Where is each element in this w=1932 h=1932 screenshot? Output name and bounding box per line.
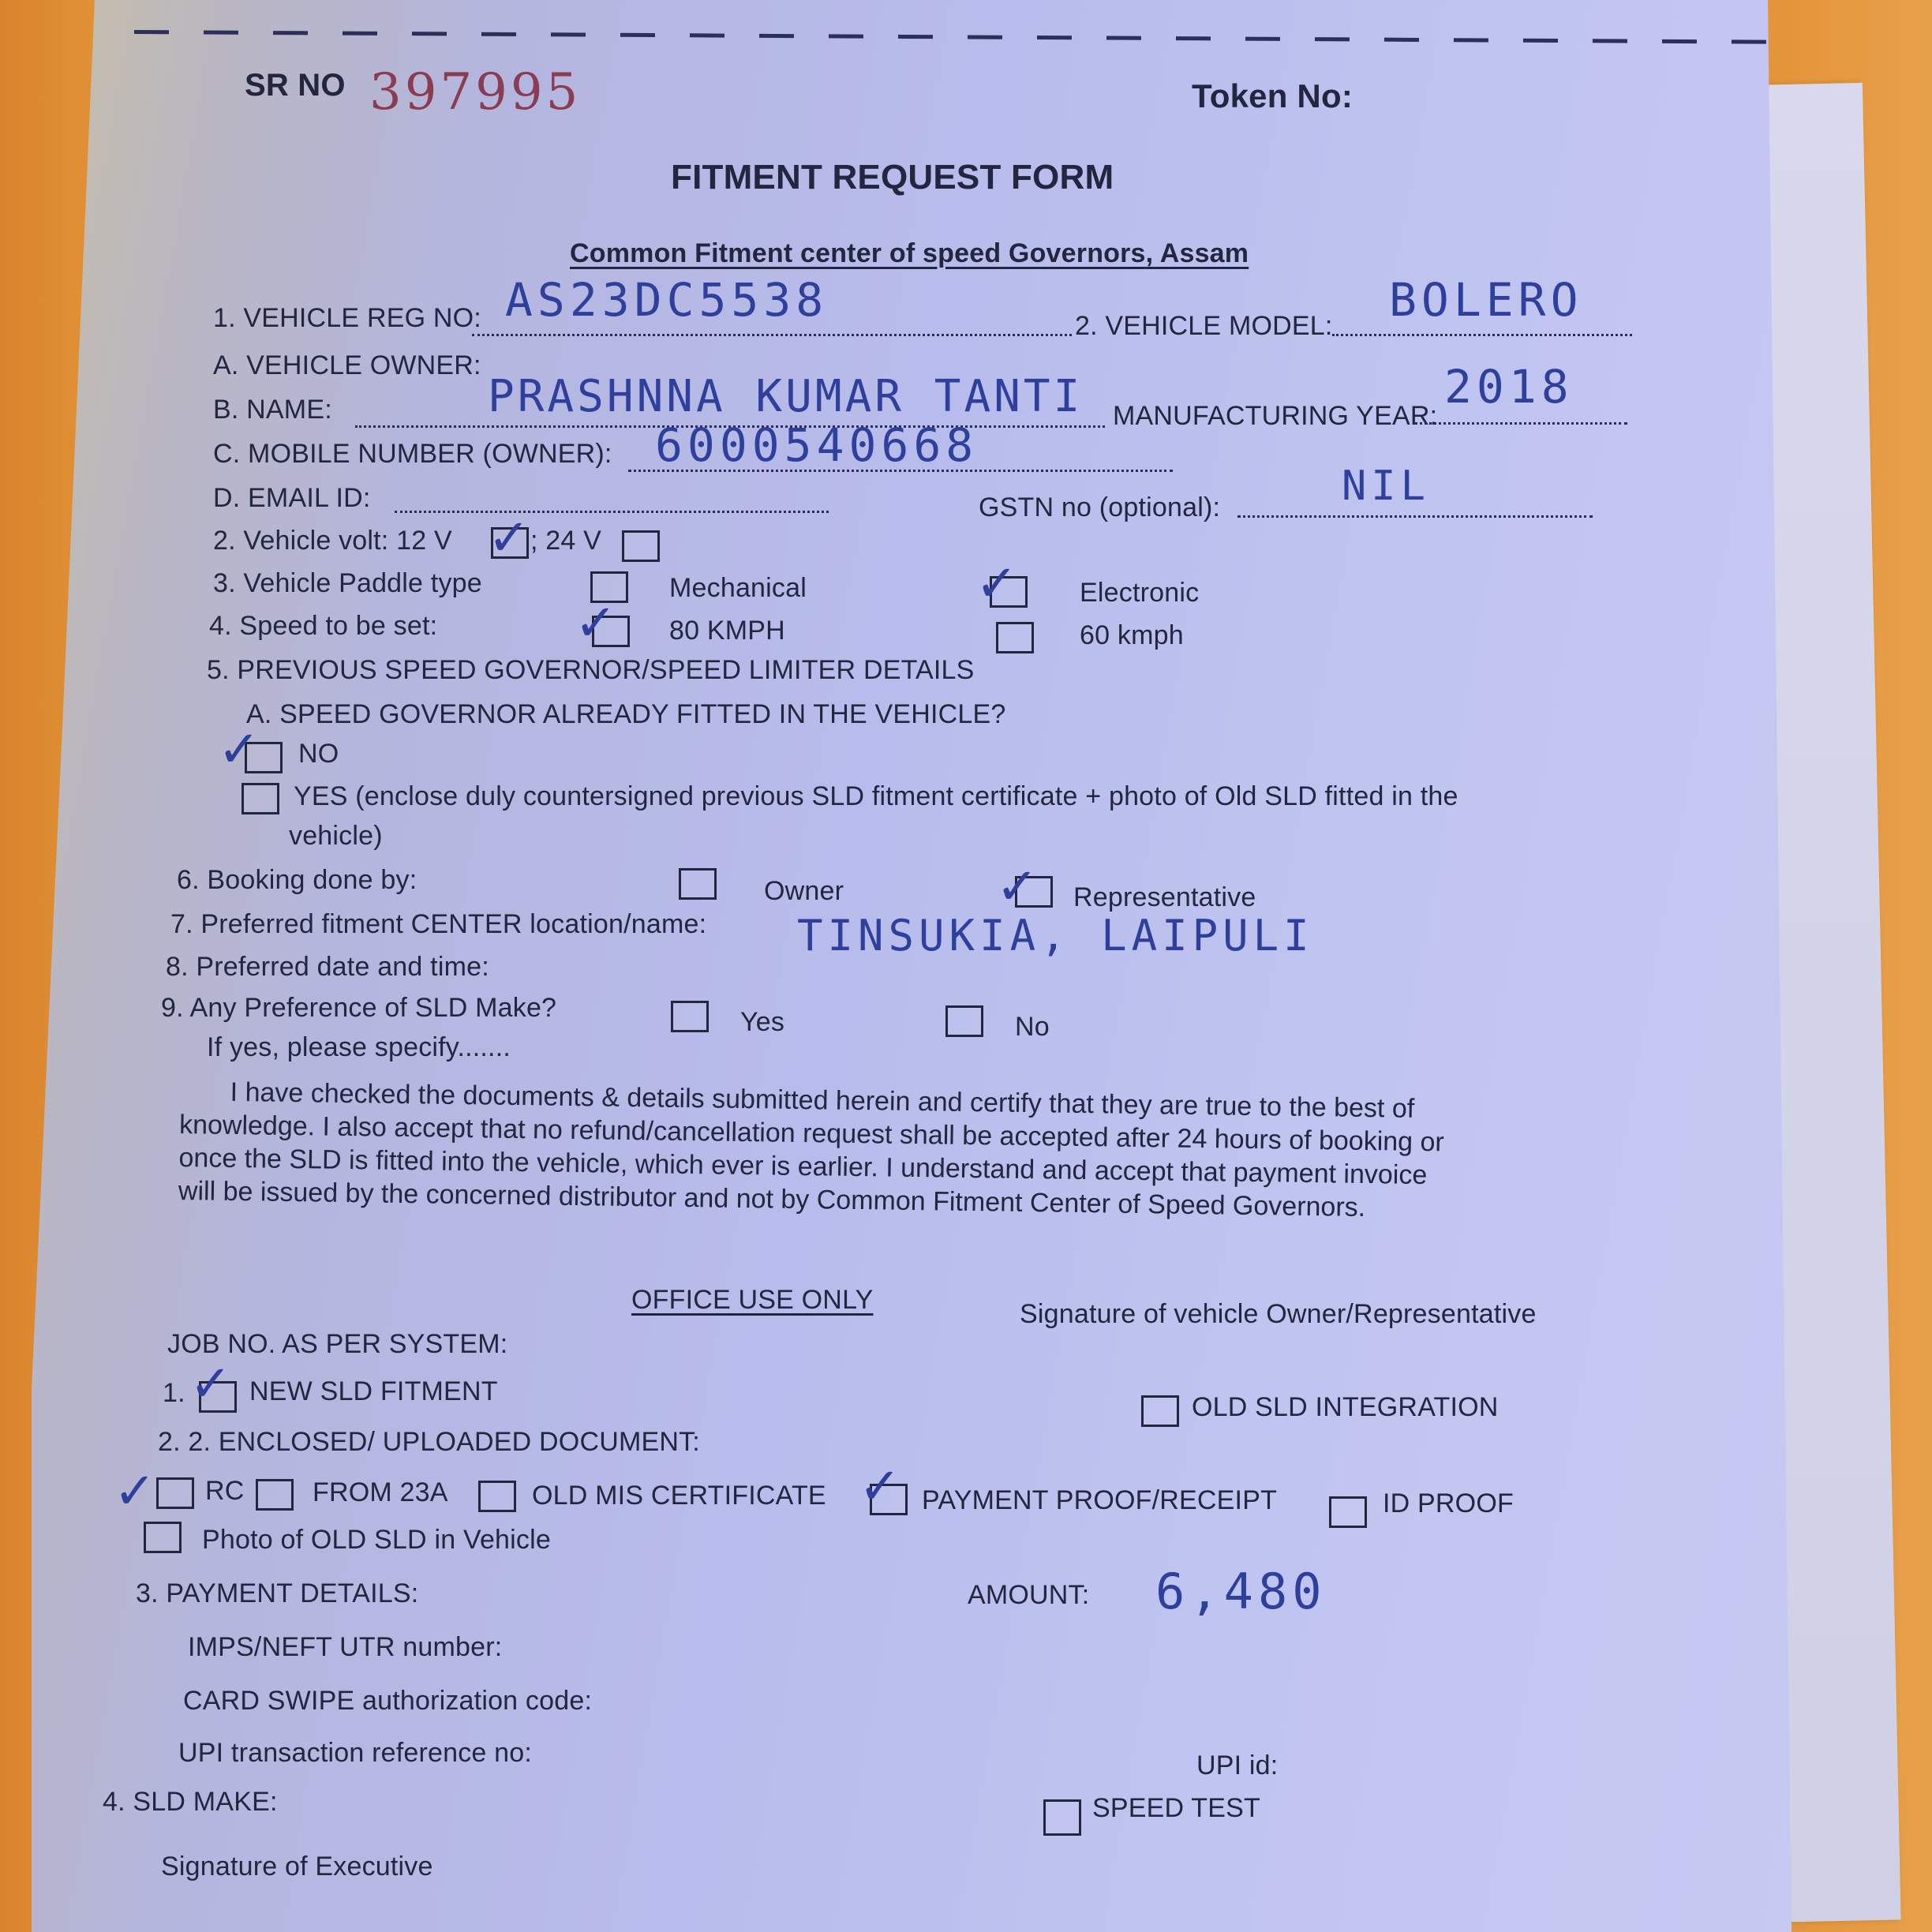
already-fitted-question: A. SPEED GOVERNOR ALREADY FITTED IN THE … — [246, 699, 1005, 730]
sld-pref-label: 9. Any Preference of SLD Make? — [161, 993, 556, 1024]
gstn-value[interactable]: NIL — [1342, 462, 1430, 510]
already-fitted-yes-label: YES (enclose duly countersigned previous… — [294, 781, 1458, 812]
documents-label: 2. 2. ENCLOSED/ UPLOADED DOCUMENT: — [158, 1427, 700, 1458]
volt-24v-checkbox[interactable] — [622, 530, 660, 562]
token-no-label: Token No: — [1192, 77, 1353, 115]
doc-id-proof-checkbox[interactable] — [1329, 1496, 1367, 1528]
sld-pref-no-checkbox[interactable] — [945, 1005, 983, 1037]
mfg-year-label: MANUFACTURING YEAR: — [1113, 401, 1437, 432]
fitment-form-sheet: SR NO 397995 Token No: FITMENT REQUEST F… — [32, 0, 1831, 1932]
date-time-label: 8. Preferred date and time: — [166, 952, 489, 983]
name-value[interactable]: PRASHNNA KUMAR TANTI — [488, 371, 1083, 422]
doc-form23a-label: FROM 23A — [313, 1477, 448, 1508]
center-value[interactable]: TINSUKIA, LAIPULI — [797, 911, 1314, 960]
doc-form23a-checkbox[interactable] — [256, 1479, 294, 1511]
volt-sep: ; 24 V — [530, 526, 601, 556]
mobile-value[interactable]: 6000540668 — [655, 418, 978, 472]
doc-rc-checkbox[interactable] — [156, 1477, 194, 1509]
owner-signature-label: Signature of vehicle Owner/Representativ… — [1020, 1299, 1537, 1330]
email-label: D. EMAIL ID: — [213, 483, 371, 514]
check-mark-icon: ✓ — [859, 1462, 901, 1512]
booking-owner-checkbox[interactable] — [679, 868, 717, 900]
upi-id-label: UPI id: — [1196, 1750, 1278, 1781]
check-mark-icon: ✓ — [189, 1359, 232, 1410]
already-fitted-no-label: NO — [298, 739, 339, 769]
old-sld-integration-checkbox[interactable] — [1141, 1395, 1179, 1427]
sld-pref-no-label: No — [1015, 1012, 1050, 1043]
speed-80-label: 80 KMPH — [669, 616, 785, 646]
speed-60-checkbox[interactable] — [996, 622, 1034, 653]
check-mark-icon: ✓ — [575, 598, 617, 649]
check-mark-icon: ✓ — [218, 724, 260, 775]
center-label: 7. Preferred fitment CENTER location/nam… — [170, 909, 706, 940]
check-mark-icon: ✓ — [488, 513, 530, 563]
model-value[interactable]: BOLERO — [1389, 273, 1583, 327]
paddle-label: 3. Vehicle Paddle type — [213, 568, 482, 599]
sr-no-label: SR NO — [245, 68, 346, 103]
paddle-mechanical-label: Mechanical — [669, 573, 807, 604]
gstn-label: GSTN no (optional): — [979, 492, 1220, 523]
payment-details-label: 3. PAYMENT DETAILS: — [136, 1578, 418, 1609]
model-label: 2. VEHICLE MODEL: — [1075, 311, 1333, 342]
paddle-electronic-label: Electronic — [1080, 578, 1199, 608]
imps-label: IMPS/NEFT UTR number: — [188, 1632, 502, 1663]
card-swipe-label: CARD SWIPE authorization code: — [183, 1686, 592, 1717]
mobile-label: C. MOBILE NUMBER (OWNER): — [213, 439, 612, 470]
form-subtitle: Common Fitment center of speed Governors… — [570, 238, 1249, 269]
owner-heading: A. VEHICLE OWNER: — [213, 350, 481, 381]
old-sld-integration-label: OLD SLD INTEGRATION — [1192, 1392, 1499, 1423]
check-mark-icon: ✓ — [996, 862, 1039, 912]
booking-owner-label: Owner — [764, 876, 844, 907]
volt-label: 2. Vehicle volt: 12 V — [213, 526, 452, 556]
speed-test-label: SPEED TEST — [1092, 1793, 1260, 1824]
previous-governor-heading: 5. PREVIOUS SPEED GOVERNOR/SPEED LIMITER… — [207, 655, 975, 686]
form-title: FITMENT REQUEST FORM — [671, 158, 1114, 197]
declaration-paragraph: I have checked the documents & details s… — [178, 1075, 1585, 1227]
speed-label: 4. Speed to be set: — [209, 611, 437, 642]
reg-no-value[interactable]: AS23DC5538 — [505, 273, 828, 327]
doc-photo-old-sld-checkbox[interactable] — [144, 1522, 182, 1553]
booking-label: 6. Booking done by: — [177, 865, 417, 896]
already-fitted-yes-checkbox[interactable] — [241, 783, 279, 814]
upi-ref-label: UPI transaction reference no: — [178, 1738, 532, 1769]
speed-60-label: 60 kmph — [1080, 620, 1184, 651]
doc-id-proof-label: ID PROOF — [1383, 1488, 1514, 1519]
executive-signature-label: Signature of Executive — [161, 1851, 433, 1882]
new-sld-fitment-label: NEW SLD FITMENT — [249, 1376, 498, 1407]
job-type-new-prefix: 1. — [163, 1378, 185, 1409]
name-label: B. NAME: — [213, 395, 332, 425]
booking-representative-label: Representative — [1073, 882, 1256, 913]
doc-old-mis-label: OLD MIS CERTIFICATE — [532, 1481, 826, 1511]
doc-rc-label: RC — [205, 1476, 245, 1507]
sld-pref-specify: If yes, please specify....... — [207, 1032, 511, 1063]
amount-label: AMOUNT: — [968, 1580, 1089, 1611]
sld-make-label: 4. SLD MAKE: — [103, 1787, 278, 1818]
doc-old-mis-checkbox[interactable] — [478, 1481, 516, 1512]
mfg-year-value[interactable]: 2018 — [1444, 360, 1574, 414]
speed-test-checkbox[interactable] — [1043, 1799, 1081, 1836]
check-mark-icon: ✓ — [114, 1466, 156, 1517]
sld-pref-yes-label: Yes — [740, 1007, 784, 1038]
doc-photo-old-sld-label: Photo of OLD SLD in Vehicle — [202, 1525, 551, 1556]
office-use-heading: OFFICE USE ONLY — [631, 1285, 874, 1316]
perforation-line — [134, 27, 1792, 48]
already-fitted-yes-cont: vehicle) — [289, 821, 383, 852]
doc-payment-proof-label: PAYMENT PROOF/RECEIPT — [922, 1485, 1277, 1516]
reg-no-label: 1. VEHICLE REG NO: — [213, 303, 481, 334]
sld-pref-yes-checkbox[interactable] — [671, 1001, 709, 1032]
sr-no-value: 397995 — [369, 63, 581, 122]
check-mark-icon: ✓ — [975, 559, 1018, 609]
amount-value[interactable]: 6,480 — [1155, 1563, 1327, 1620]
